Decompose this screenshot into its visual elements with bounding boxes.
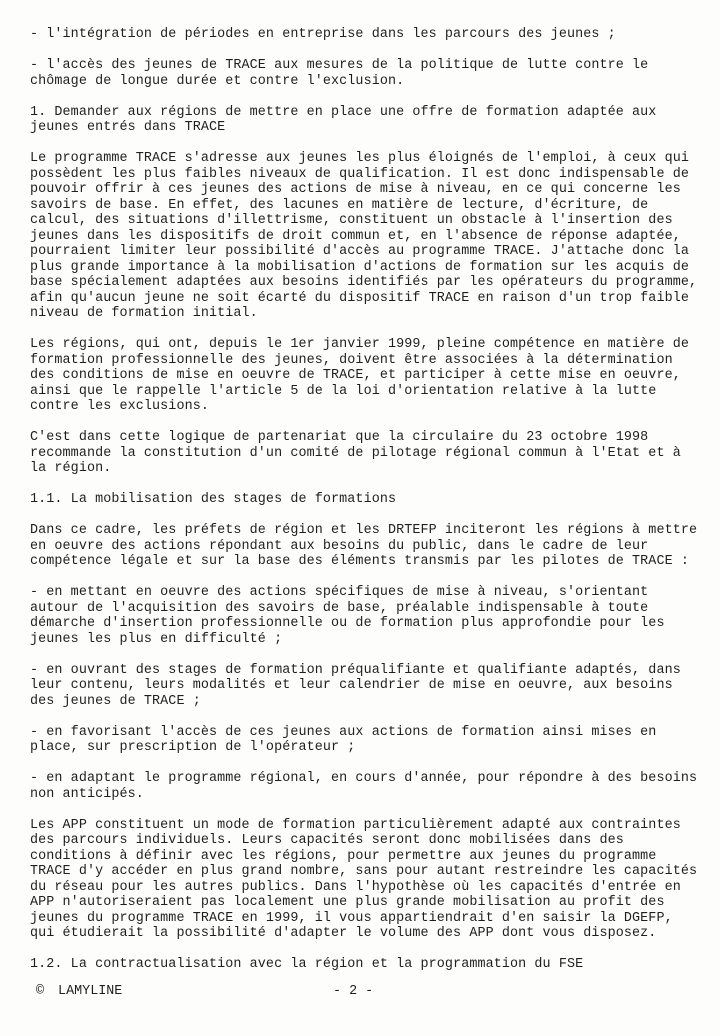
document-body: - l'intégration de périodes en entrepris… [0, 0, 720, 973]
footer-page-number: - 2 - [333, 984, 373, 1000]
paragraph-programme-trace: Le programme TRACE s'adresse aux jeunes … [30, 151, 702, 322]
paragraph-les-regions: Les régions, qui ont, depuis le 1er janv… [30, 337, 702, 415]
footer-copyright: ©LAMYLINE [36, 984, 122, 1000]
bullet-adaptant-programme: - en adaptant le programme régional, en … [30, 771, 702, 802]
document-page: - l'intégration de périodes en entrepris… [0, 0, 720, 1036]
bullet-acces-mesures-lutte: - l'accès des jeunes de TRACE aux mesure… [30, 58, 702, 89]
heading-section-1-1: 1.1. La mobilisation des stages de forma… [30, 492, 702, 508]
paragraph-dans-ce-cadre: Dans ce cadre, les préfets de région et … [30, 523, 702, 570]
bullet-actions-mise-a-niveau: - en mettant en oeuvre des actions spéci… [30, 585, 702, 647]
bullet-favorisant-acces: - en favorisant l'accès de ces jeunes au… [30, 725, 702, 756]
footer-brand: LAMYLINE [58, 984, 122, 999]
bullet-stages-formation: - en ouvrant des stages de formation pré… [30, 663, 702, 710]
heading-section-1: 1. Demander aux régions de mettre en pla… [30, 105, 702, 136]
paragraph-les-app: Les APP constituent un mode de formation… [30, 818, 702, 942]
page-footer: ©LAMYLINE - 2 - [0, 984, 720, 1006]
heading-section-1-2: 1.2. La contractualisation avec la régio… [30, 957, 702, 973]
copyright-icon: © [36, 984, 44, 1000]
paragraph-logique-partenariat: C'est dans cette logique de partenariat … [30, 430, 702, 477]
bullet-integration-periodes: - l'intégration de périodes en entrepris… [30, 27, 702, 43]
